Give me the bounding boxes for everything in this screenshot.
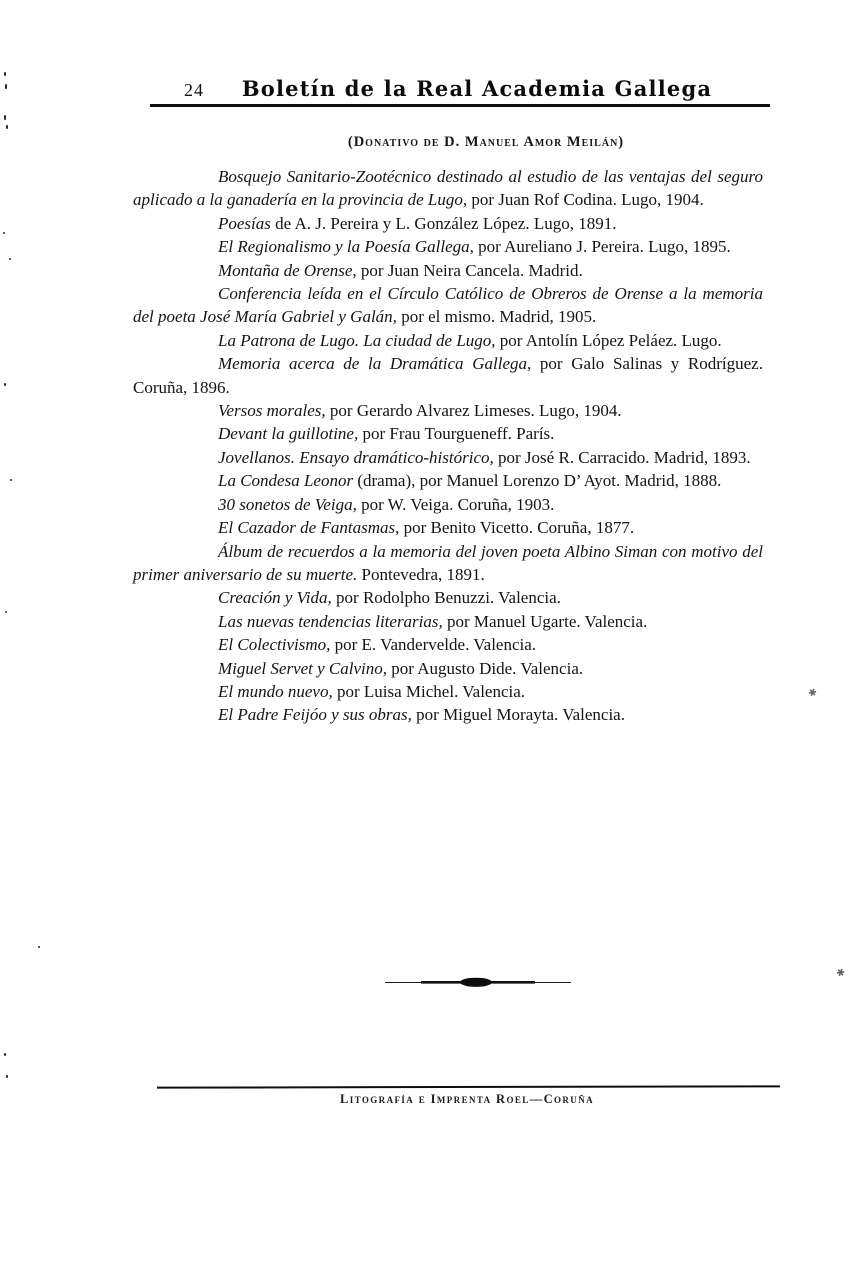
scan-speck: [4, 72, 6, 76]
entry-details: por Miguel Morayta. Valencia.: [412, 705, 625, 724]
footer-rule: [157, 1085, 780, 1089]
scan-speck: [9, 258, 11, 260]
divider-rule-icon: [383, 976, 573, 988]
entry-details: (drama), por Manuel Lorenzo D’ Ayot. Mad…: [353, 471, 721, 490]
entry-title: Miguel Servet y Calvino,: [218, 659, 387, 678]
bibliography-entry: Jovellanos. Ensayo dramático-histórico, …: [133, 446, 763, 469]
bibliography-entry: Bosquejo Sanitario-Zootécnico destinado …: [133, 165, 763, 212]
entry-details: por Gerardo Alvarez Limeses. Lugo, 1904.: [326, 401, 622, 420]
scan-speck: [4, 383, 6, 386]
bibliography-entry: Creación y Vida, por Rodolpho Benuzzi. V…: [133, 586, 763, 609]
entry-title: La Condesa Leonor: [218, 471, 353, 490]
entry-title: Montaña de Orense,: [218, 261, 357, 280]
scan-speck: [3, 232, 5, 234]
entry-details: por Antolín López Peláez. Lugo.: [496, 331, 722, 350]
entry-title: Jovellanos. Ensayo dramático-histórico,: [218, 448, 494, 467]
entry-title: La Patrona de Lugo. La ciudad de Lugo,: [218, 331, 496, 350]
bibliography-entry: Conferencia leída en el Círculo Católico…: [133, 282, 763, 329]
bibliography-entry: La Patrona de Lugo. La ciudad de Lugo, p…: [133, 329, 763, 352]
entry-title: El Cazador de Fantasmas,: [218, 518, 399, 537]
entry-title: El Padre Feijóo y sus obras,: [218, 705, 412, 724]
entry-details: por Luisa Michel. Valencia.: [333, 682, 525, 701]
entry-details: por Rodolpho Benuzzi. Valencia.: [332, 588, 561, 607]
entry-details: por E. Vandervelde. Valencia.: [330, 635, 536, 654]
entry-details: por Juan Neira Cancela. Madrid.: [357, 261, 583, 280]
entry-title: Las nuevas tendencias literarias,: [218, 612, 443, 631]
entry-details: por Juan Rof Codina. Lugo, 1904.: [467, 190, 704, 209]
bibliography-entry: Devant la guillotine, por Frau Tourguene…: [133, 422, 763, 445]
bibliography-entry: El Padre Feijóo y sus obras, por Miguel …: [133, 703, 763, 726]
entry-title: El Colectivismo,: [218, 635, 330, 654]
section-divider-ornament: [383, 975, 573, 987]
ink-smudge-mark: ✱: [834, 967, 846, 980]
page-number: 24: [184, 80, 204, 101]
entry-details: por José R. Carracido. Madrid, 1893.: [494, 448, 751, 467]
bibliography-entry: El Colectivismo, por E. Vandervelde. Val…: [133, 633, 763, 656]
entry-details: por Frau Tourgueneff. París.: [358, 424, 554, 443]
scan-speck: [6, 1075, 8, 1078]
bibliography-entry: Las nuevas tendencias literarias, por Ma…: [133, 610, 763, 633]
entry-title: El mundo nuevo,: [218, 682, 333, 701]
entry-title: Memoria acerca de la Dramática Gallega,: [218, 354, 531, 373]
bibliography-entry: Poesías de A. J. Pereira y L. González L…: [133, 212, 763, 235]
scan-speck: [5, 84, 7, 89]
entry-details: por Augusto Dide. Valencia.: [387, 659, 583, 678]
entry-details: Pontevedra, 1891.: [357, 565, 484, 584]
scan-speck: [10, 479, 12, 481]
entry-details: por Aureliano J. Pereira. Lugo, 1895.: [474, 237, 731, 256]
scan-speck: [5, 611, 7, 613]
header-rule: [150, 104, 770, 107]
scan-speck: [38, 946, 40, 948]
entry-details: por Manuel Ugarte. Valencia.: [443, 612, 648, 631]
entry-details: por W. Veiga. Coruña, 1903.: [357, 495, 555, 514]
scanned-journal-page: 24 Boletín de la Real Academia Gallega (…: [0, 0, 850, 1266]
footer-imprint: Litografía e Imprenta Roel—Coruña: [152, 1092, 782, 1107]
bibliography-entry: Montaña de Orense, por Juan Neira Cancel…: [133, 259, 763, 282]
bibliography-entry: 30 sonetos de Veiga, por W. Veiga. Coruñ…: [133, 493, 763, 516]
scan-speck: [6, 125, 8, 129]
entry-details: por Benito Vicetto. Coruña, 1877.: [399, 518, 634, 537]
entry-title: El Regionalismo y la Poesía Gallega,: [218, 237, 474, 256]
entry-title: Devant la guillotine,: [218, 424, 358, 443]
bibliography-entry: Memoria acerca de la Dramática Gallega, …: [133, 352, 763, 399]
bibliography-entry: Miguel Servet y Calvino, por Augusto Did…: [133, 657, 763, 680]
entry-title: Poesías: [218, 214, 271, 233]
ink-smudge-mark: ✱: [806, 687, 818, 700]
entry-title: Creación y Vida,: [218, 588, 332, 607]
entry-details: de A. J. Pereira y L. González López. Lu…: [271, 214, 617, 233]
entry-title: 30 sonetos de Veiga,: [218, 495, 357, 514]
bibliography-entry: La Condesa Leonor (drama), por Manuel Lo…: [133, 469, 763, 492]
bibliography-entry: Versos morales, por Gerardo Alvarez Lime…: [133, 399, 763, 422]
scan-speck: [4, 115, 6, 120]
bibliography-entry: El mundo nuevo, por Luisa Michel. Valenc…: [133, 680, 763, 703]
journal-title: Boletín de la Real Academia Gallega: [242, 76, 712, 101]
entry-details: por el mismo. Madrid, 1905.: [397, 307, 596, 326]
bibliography-entry: Álbum de recuerdos a la memoria del jove…: [133, 540, 763, 587]
entry-title: Versos morales,: [218, 401, 326, 420]
bibliography-entry: El Cazador de Fantasmas, por Benito Vice…: [133, 516, 763, 539]
donation-heading: (Donativo de D. Manuel Amor Meilán): [171, 134, 801, 151]
scan-speck: [4, 1053, 6, 1056]
bibliography-list: Bosquejo Sanitario-Zootécnico destinado …: [133, 165, 763, 727]
bibliography-entry: El Regionalismo y la Poesía Gallega, por…: [133, 235, 763, 258]
